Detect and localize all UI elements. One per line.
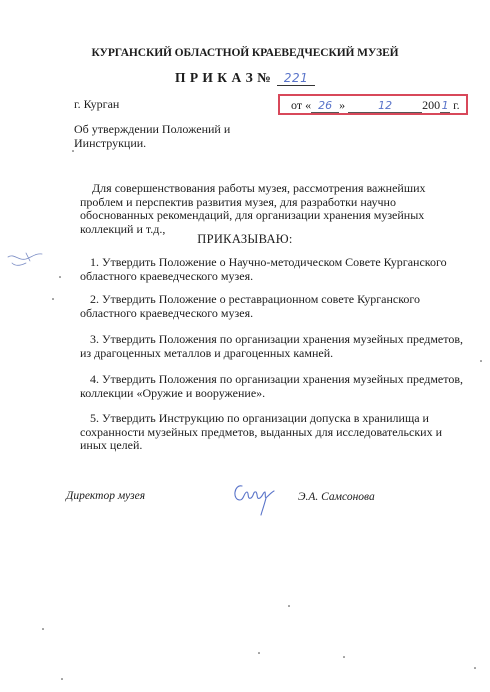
- scan-speck: [474, 667, 476, 669]
- order-item-4: 4. Утвердить Положения по организации хр…: [80, 373, 465, 400]
- scan-speck: [72, 150, 74, 152]
- signatory-name: Э.А. Самсонова: [298, 491, 375, 503]
- order-title: П Р И К А З № 221: [0, 70, 490, 86]
- scan-speck: [42, 628, 44, 630]
- margin-scribble-icon: [6, 249, 46, 269]
- order-subject: Об утверждении Положений и Иинструкции.: [74, 122, 274, 150]
- order-item-5: 5. Утвердить Инструкцию по организации д…: [80, 412, 465, 453]
- organization-header: КУРГАНСКИЙ ОБЛАСТНОЙ КРАЕВЕДЧЕСКИЙ МУЗЕЙ: [0, 47, 490, 59]
- date-month-handwritten: 12: [348, 100, 422, 113]
- city: г. Курган: [74, 97, 119, 112]
- date-day-close: »: [339, 98, 345, 112]
- orders-heading: ПРИКАЗЫВАЮ:: [0, 232, 490, 247]
- order-label: П Р И К А З №: [175, 70, 271, 85]
- scan-speck: [288, 605, 290, 607]
- scan-speck: [61, 678, 63, 680]
- scan-speck: [258, 652, 260, 654]
- order-number-handwritten: 221: [277, 72, 315, 86]
- scan-speck: [480, 360, 482, 362]
- order-item-3: 3. Утвердить Положения по организации хр…: [80, 333, 465, 360]
- date-year-prefix: 200: [422, 98, 440, 112]
- date-suffix: г.: [453, 98, 460, 112]
- order-item-1: 1. Утвердить Положение о Научно-методиче…: [80, 256, 465, 283]
- signatory-title: Директор музея: [66, 490, 145, 502]
- scan-speck: [52, 298, 54, 300]
- date-year-digit-handwritten: 1: [440, 100, 450, 113]
- date-day-handwritten: 26: [311, 100, 339, 113]
- signature-icon: [228, 478, 280, 518]
- order-date-highlight: от «26» 122001 г.: [278, 94, 468, 115]
- preamble-paragraph: Для совершенствования работы музея, расс…: [80, 182, 465, 236]
- scan-speck: [343, 656, 345, 658]
- scan-speck: [59, 276, 61, 278]
- order-item-2: 2. Утвердить Положение о реставрационном…: [80, 293, 465, 320]
- date-prefix: от «: [291, 98, 311, 112]
